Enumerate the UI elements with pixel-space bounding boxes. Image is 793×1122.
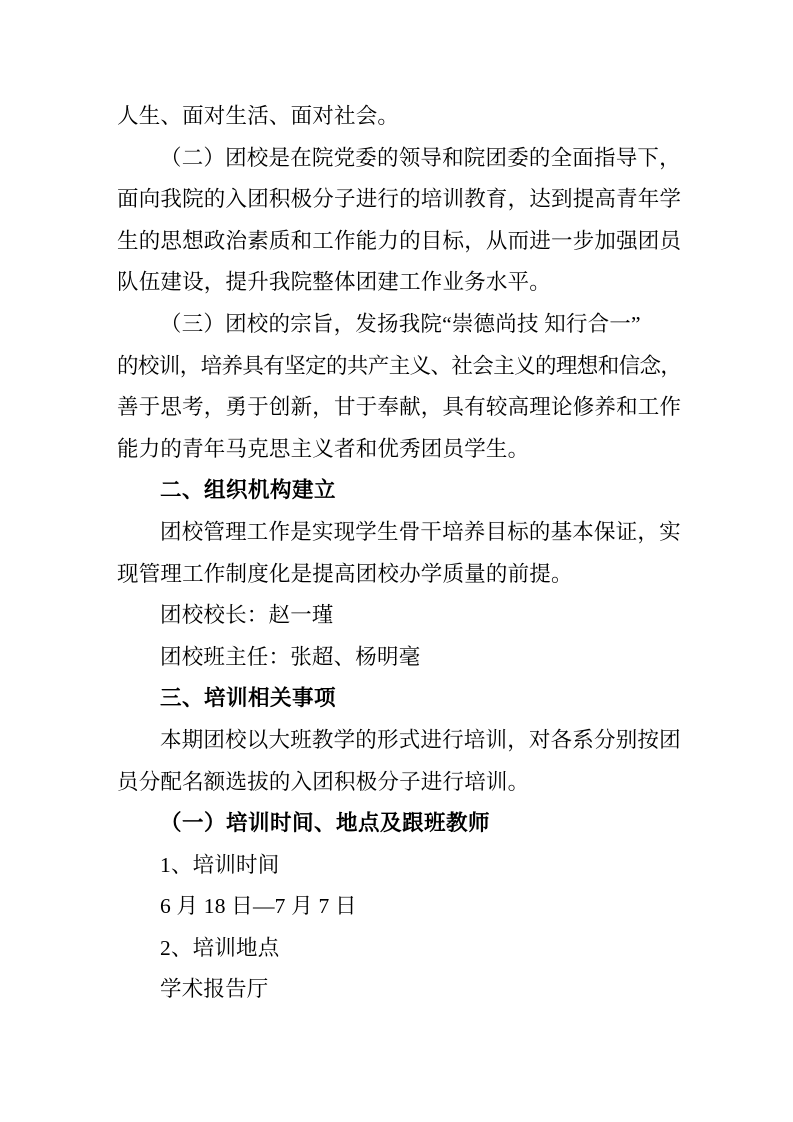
info-line: 团校校长：赵一瑾 [117,595,679,637]
sub-heading: （一）培训时间、地点及跟班教师 [117,803,679,845]
paragraph-line: 面向我院的入团积极分子进行的培训教育，达到提高青年学 [117,179,679,221]
paragraph-line: 生的思想政治素质和工作能力的目标，从而进一步加强团员 [117,221,679,263]
info-line: 团校班主任：张超、杨明毫 [117,637,679,679]
paragraph-line: 现管理工作制度化是提高团校办学质量的前提。 [117,554,679,596]
list-item: 2、培训地点 [117,928,679,970]
paragraph-line: 本期团校以大班教学的形式进行培训，对各系分别按团 [117,720,679,762]
section-heading: 三、培训相关事项 [117,678,679,720]
document-page: 人生、面对生活、面对社会。 （二）团校是在院党委的领导和院团委的全面指导下， 面… [0,0,793,1122]
info-line: 学术报告厅 [117,969,679,1011]
paragraph-line: （二）团校是在院党委的领导和院团委的全面指导下， [117,138,679,180]
text-block: 人生、面对生活、面对社会。 （二）团校是在院党委的领导和院团委的全面指导下， 面… [117,96,679,1011]
paragraph-line: 员分配名额选拔的入团积极分子进行培训。 [117,762,679,804]
paragraph-line: 人生、面对生活、面对社会。 [117,96,679,138]
section-heading: 二、组织机构建立 [117,470,679,512]
paragraph-line: 队伍建设，提升我院整体团建工作业务水平。 [117,262,679,304]
paragraph-line: 善于思考，勇于创新，甘于奉献，具有较高理论修养和工作 [117,387,679,429]
paragraph-line: 的校训，培养具有坚定的共产主义、社会主义的理想和信念， [117,346,679,388]
paragraph-line: 团校管理工作是实现学生骨干培养目标的基本保证，实 [117,512,679,554]
info-line: 6 月 18 日—7 月 7 日 [117,886,679,928]
list-item: 1、培训时间 [117,845,679,887]
paragraph-line: 能力的青年马克思主义者和优秀团员学生。 [117,429,679,471]
paragraph-line: （三）团校的宗旨，发扬我院“崇德尚技 知行合一” [117,304,679,346]
